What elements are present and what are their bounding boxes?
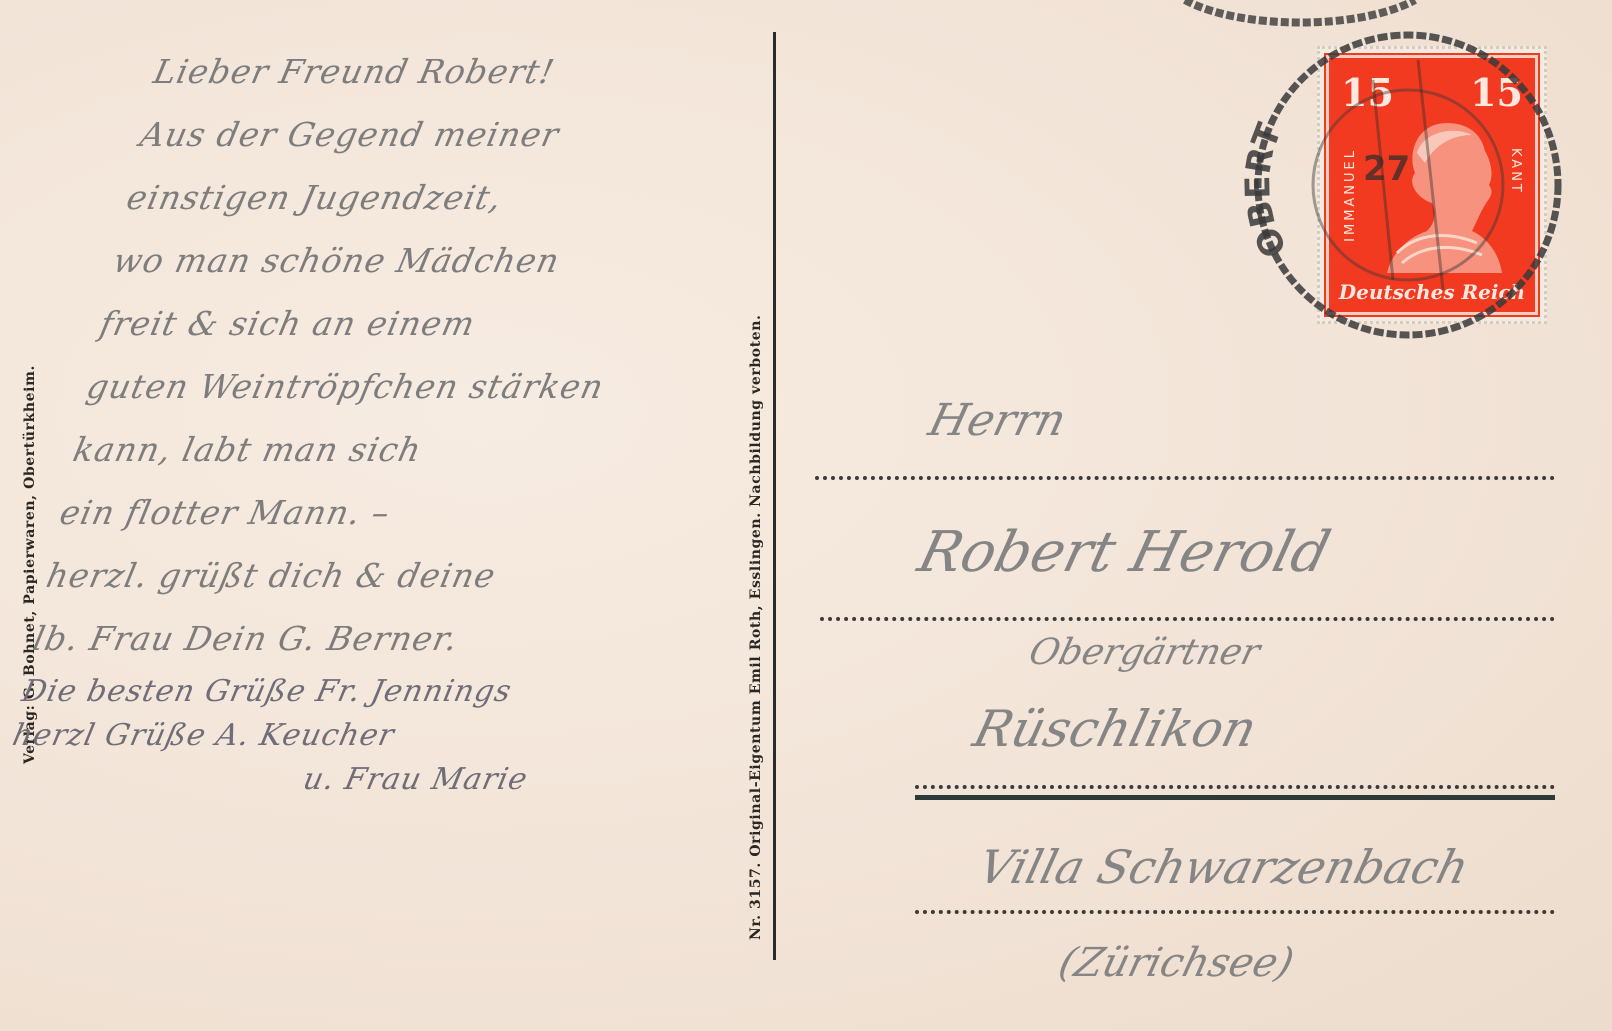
message-line: Lieber Freund Robert! [148, 40, 861, 103]
address-street: Villa Schwarzenbach [973, 840, 1474, 894]
center-divider [773, 32, 776, 960]
address-line-4 [915, 910, 1555, 914]
stamp-country: Deutsches Reich [1329, 280, 1535, 304]
postage-stamp: 15 15 IMMANUEL KANT Deutsches Reich [1317, 46, 1547, 324]
message-line: freit & sich an einem [94, 292, 807, 355]
stamp-text-right: KANT [1508, 148, 1523, 195]
svg-text:OBERT: OBERT [1243, 117, 1295, 263]
postmark-second-arc-icon [1180, 0, 1420, 30]
address-town: Rüschlikon [968, 700, 1263, 758]
address-line-1 [815, 476, 1555, 480]
message-line: herzl Grüße A. Keucher [8, 714, 717, 758]
stamp-denomination-left: 15 [1341, 70, 1394, 115]
address-region: (Zürichsee) [1054, 940, 1298, 986]
message-line: lb. Frau Dein G. Berner. [27, 607, 740, 670]
handwritten-message: Lieber Freund Robert! Aus der Gegend mei… [0, 40, 861, 802]
message-line: wo man schöne Mädchen [107, 229, 820, 292]
address-line-3 [915, 785, 1555, 789]
message-line: einstigen Jugendzeit, [121, 166, 834, 229]
address-line-2 [820, 617, 1555, 621]
message-line: kann, labt man sich [67, 418, 780, 481]
stamp-text-left: IMMANUEL [1343, 148, 1358, 242]
address-underline-town [915, 795, 1555, 800]
message-line: Aus der Gegend meiner [134, 103, 847, 166]
address-title: Obergärtner [1025, 632, 1264, 673]
copyright-imprint: Nr. 3157. Original-Eigentum Emil Roth, E… [748, 140, 764, 940]
postcard-back: Verlag: G. Bohnet, Papierwaren, Obertürk… [0, 0, 1612, 1031]
message-line: Die besten Grüße Fr. Jennings [18, 670, 727, 714]
message-line: u. Frau Marie [0, 758, 708, 802]
message-line: ein flotter Mann. – [54, 481, 767, 544]
message-line: herzl. grüßt dich & deine [40, 544, 753, 607]
address-name: Robert Herold [912, 520, 1336, 585]
address-salutation: Herrn [924, 395, 1072, 446]
message-line: guten Weintröpfchen stärken [81, 355, 794, 418]
stamp-denomination-right: 15 [1470, 70, 1523, 115]
kant-portrait-icon [1377, 113, 1507, 273]
